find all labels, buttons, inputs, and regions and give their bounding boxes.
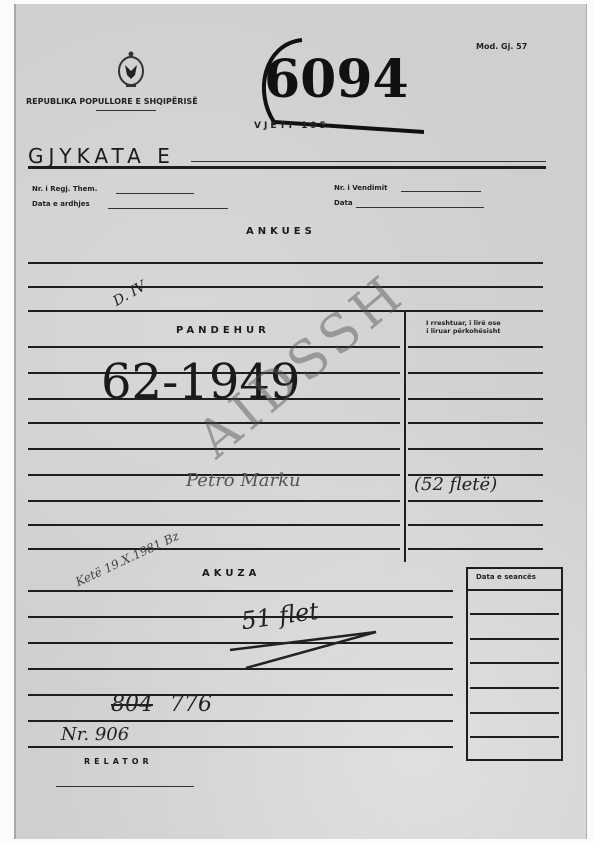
hearing-date-line[interactable] [470, 638, 559, 640]
detention-status-line2: i liruar përkohësisht [426, 327, 501, 335]
sheets-count-right: (52 fletë) [414, 474, 497, 495]
plaintiff-line[interactable] [28, 286, 543, 288]
divider [96, 110, 156, 111]
nr-label: Nr. 906 [61, 724, 129, 745]
date-field[interactable] [356, 207, 484, 208]
archive-note-line1: Ketë [73, 565, 104, 589]
status-line[interactable] [408, 422, 543, 424]
box-divider [468, 589, 561, 591]
rapporteur-heading: RELATOR [84, 757, 153, 766]
archive-note: Ketë 19.X.1981 Bz [73, 529, 181, 589]
hearing-date-line[interactable] [470, 687, 559, 689]
hearing-date-line[interactable] [470, 736, 559, 738]
status-line[interactable] [408, 346, 543, 348]
date-label: Data [334, 199, 353, 207]
form-code: Mod. Gj. 57 [476, 42, 527, 51]
status-line[interactable] [408, 372, 543, 374]
accusation-heading: AKUZA [202, 568, 260, 579]
arrival-date-field[interactable] [108, 208, 228, 209]
court-field-line[interactable] [191, 161, 546, 162]
status-line[interactable] [408, 500, 543, 502]
defendant-line[interactable] [28, 524, 400, 526]
defendant-heading: PANDEHUR [176, 325, 270, 336]
accusation-line[interactable] [28, 720, 453, 722]
accusation-line[interactable] [28, 694, 453, 696]
arrival-date-label: Data e ardhjes [32, 200, 90, 208]
status-line[interactable] [408, 448, 543, 450]
hearing-dates-box: Data e seancës [466, 567, 563, 761]
detention-status-heading: I rreshtuar, i lirë ose i liruar përkohë… [426, 319, 501, 335]
crossed-number: 804 776 [111, 692, 212, 717]
hearing-date-line[interactable] [470, 712, 559, 714]
plaintiff-line[interactable] [28, 310, 543, 312]
hearing-date-line[interactable] [470, 662, 559, 664]
column-divider [404, 312, 406, 562]
file-number: 6094 [264, 49, 409, 110]
crossed-old-number: 804 [111, 692, 153, 717]
archive-note-line2: 19.X.1981 [102, 537, 164, 576]
hearing-date-line[interactable] [470, 613, 559, 615]
hearing-dates-heading: Data e seancës [476, 573, 536, 581]
new-number: 776 [170, 692, 212, 717]
status-line[interactable] [408, 524, 543, 526]
defendant-line[interactable] [28, 548, 400, 550]
accusation-line[interactable] [28, 746, 453, 748]
defendant-name: Petro Marku [186, 470, 301, 491]
decision-number-label: Nr. i Vendimit [334, 184, 387, 192]
plaintiff-line[interactable] [28, 262, 543, 264]
archive-initials: Bz [162, 529, 182, 548]
court-file-cover: REPUBLIKA POPULLORE E SHQIPËRISË Mod. Gj… [14, 4, 587, 839]
plaintiff-heading: ANKUES [246, 226, 316, 237]
court-label: GJYKATA E [28, 144, 175, 168]
header-rule [28, 166, 546, 169]
year-label: VJETI 195 [254, 121, 329, 131]
reg-number-field[interactable] [116, 193, 194, 194]
signature-strokes-icon [226, 622, 406, 672]
plaintiff-note: D. IV [110, 278, 149, 309]
state-emblem-icon [116, 49, 146, 89]
republic-title: REPUBLIKA POPULLORE E SHQIPËRISË [26, 97, 198, 106]
status-line[interactable] [408, 548, 543, 550]
status-line[interactable] [408, 398, 543, 400]
defendant-line[interactable] [28, 500, 400, 502]
rapporteur-line[interactable] [56, 786, 194, 787]
accusation-line[interactable] [28, 590, 453, 592]
detention-status-line1: I rreshtuar, i lirë ose [426, 319, 501, 327]
reg-number-label: Nr. i Regj. Them. [32, 185, 97, 193]
decision-number-field[interactable] [401, 191, 481, 192]
